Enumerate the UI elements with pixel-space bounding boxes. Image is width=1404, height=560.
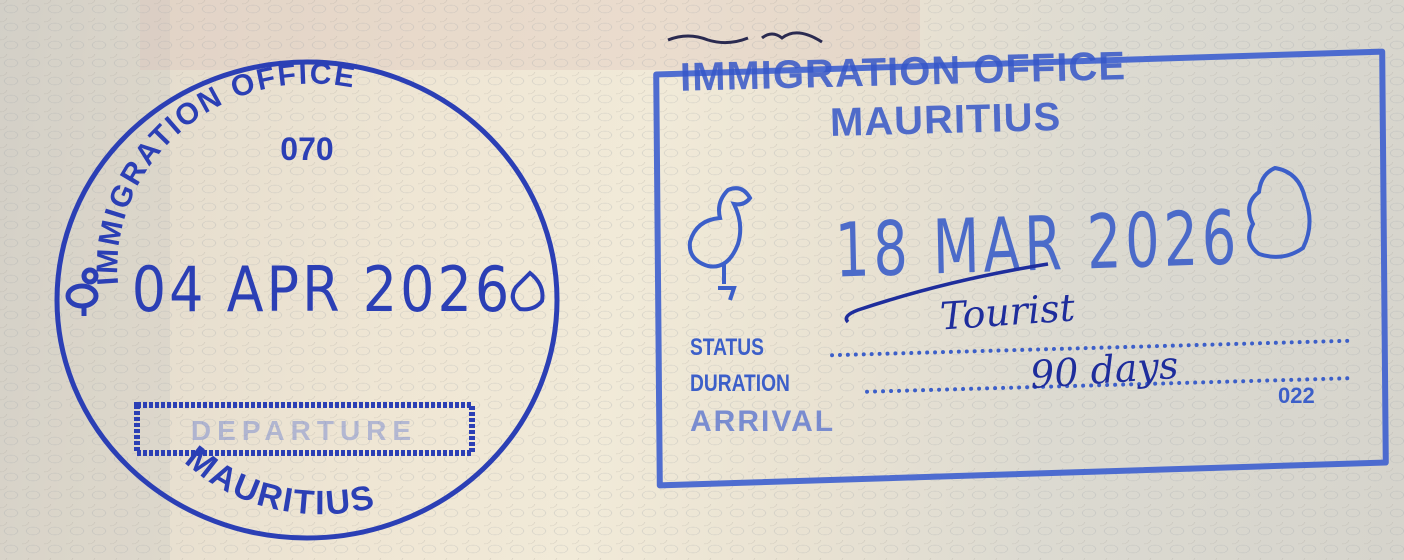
- svg-text:DEPARTURE: DEPARTURE: [191, 415, 417, 446]
- round-top-text: IMMIGRATION OFFICE: [91, 58, 359, 286]
- duration-label: DURATION: [690, 370, 790, 398]
- island-map-icon: [513, 273, 543, 309]
- office-number: 070: [280, 131, 333, 167]
- arrival-title-line2: MAURITIUS: [829, 95, 1061, 146]
- island-map-icon: [1235, 160, 1325, 270]
- departure-date: 04 APR 2026: [132, 253, 512, 326]
- stamp-code: 022: [1278, 383, 1315, 409]
- status-value: Tourist: [939, 285, 1077, 338]
- departure-type-box: DEPARTURE: [137, 405, 472, 453]
- status-label: STATUS: [690, 334, 764, 362]
- departure-stamp: IMMIGRATION OFFICE 070 04 APR 2026 DEPAR…: [52, 58, 562, 543]
- arrival-type-label: ARRIVAL: [690, 405, 835, 439]
- arrival-stamp: IMMIGRATION OFFICE MAURITIUS 18 MAR 2026…: [650, 40, 1390, 470]
- dodo-icon: [680, 180, 770, 310]
